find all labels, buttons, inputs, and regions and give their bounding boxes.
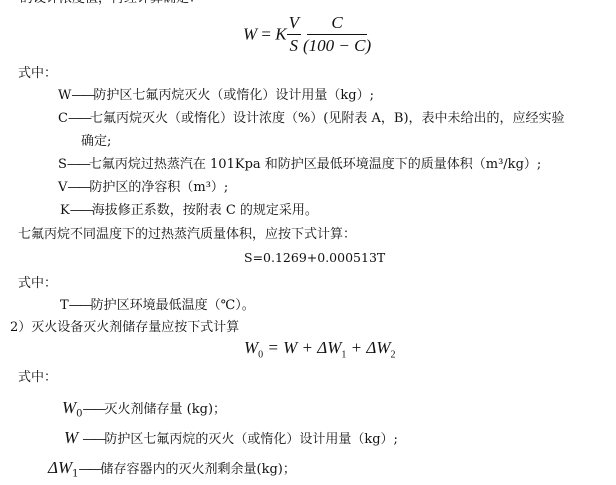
def-w0: W0——灭火剂储存量 (kg)；: [62, 400, 226, 423]
def-v: V——防护区的净容积（m³）;: [58, 180, 228, 196]
where-label-2: 式中：: [18, 276, 57, 292]
def-w-design: W ——防护区七氟丙烷的灭火（或惰化）设计用量（kg）;: [64, 430, 398, 448]
fraction-v-over-s: VS: [287, 12, 301, 57]
formula-s: S=0.1269+0.000513T: [244, 250, 385, 266]
def-k: K——海拔修正系数，按附表 C 的规定采用。: [60, 203, 318, 219]
formula-w0: W0 = W + ΔW1 + ΔW2: [244, 340, 396, 363]
def-c: C——七氟丙烷灭火（或惰化）设计浓度（%）(见附表 A，B)，表中未给出的，应经…: [58, 111, 565, 127]
formula-w: W = KVSC(100 − C): [243, 12, 373, 57]
where-label-3: 式中：: [18, 370, 57, 386]
where-label: 式中：: [18, 66, 57, 82]
def-w: W——防护区七氟丙烷灭火（或惰化）设计用量（kg）;: [58, 88, 374, 104]
fraction-c-over-100-minus-c: C(100 − C): [301, 12, 373, 57]
cut-off-text-line: 的设计浓度值，再经计算确定：: [20, 0, 202, 7]
def-c-continued: 确定;: [81, 134, 111, 150]
section-heading-2: 2）灭火设备灭火剂储存量应按下式计算: [10, 320, 239, 336]
paragraph-s-formula-intro: 七氟丙烷不同温度下的过热蒸汽质量体积，应按下式计算：: [18, 227, 356, 243]
def-t: T——防护区环境最低温度（℃）。: [60, 298, 255, 314]
def-s: S——七氟丙烷过热蒸汽在 101Kpa 和防护区最低环境温度下的质量体积（m³/…: [58, 157, 541, 173]
def-delta-w1: ΔW1——储存容器内的灭火剂剩余量(kg)；: [48, 460, 296, 483]
